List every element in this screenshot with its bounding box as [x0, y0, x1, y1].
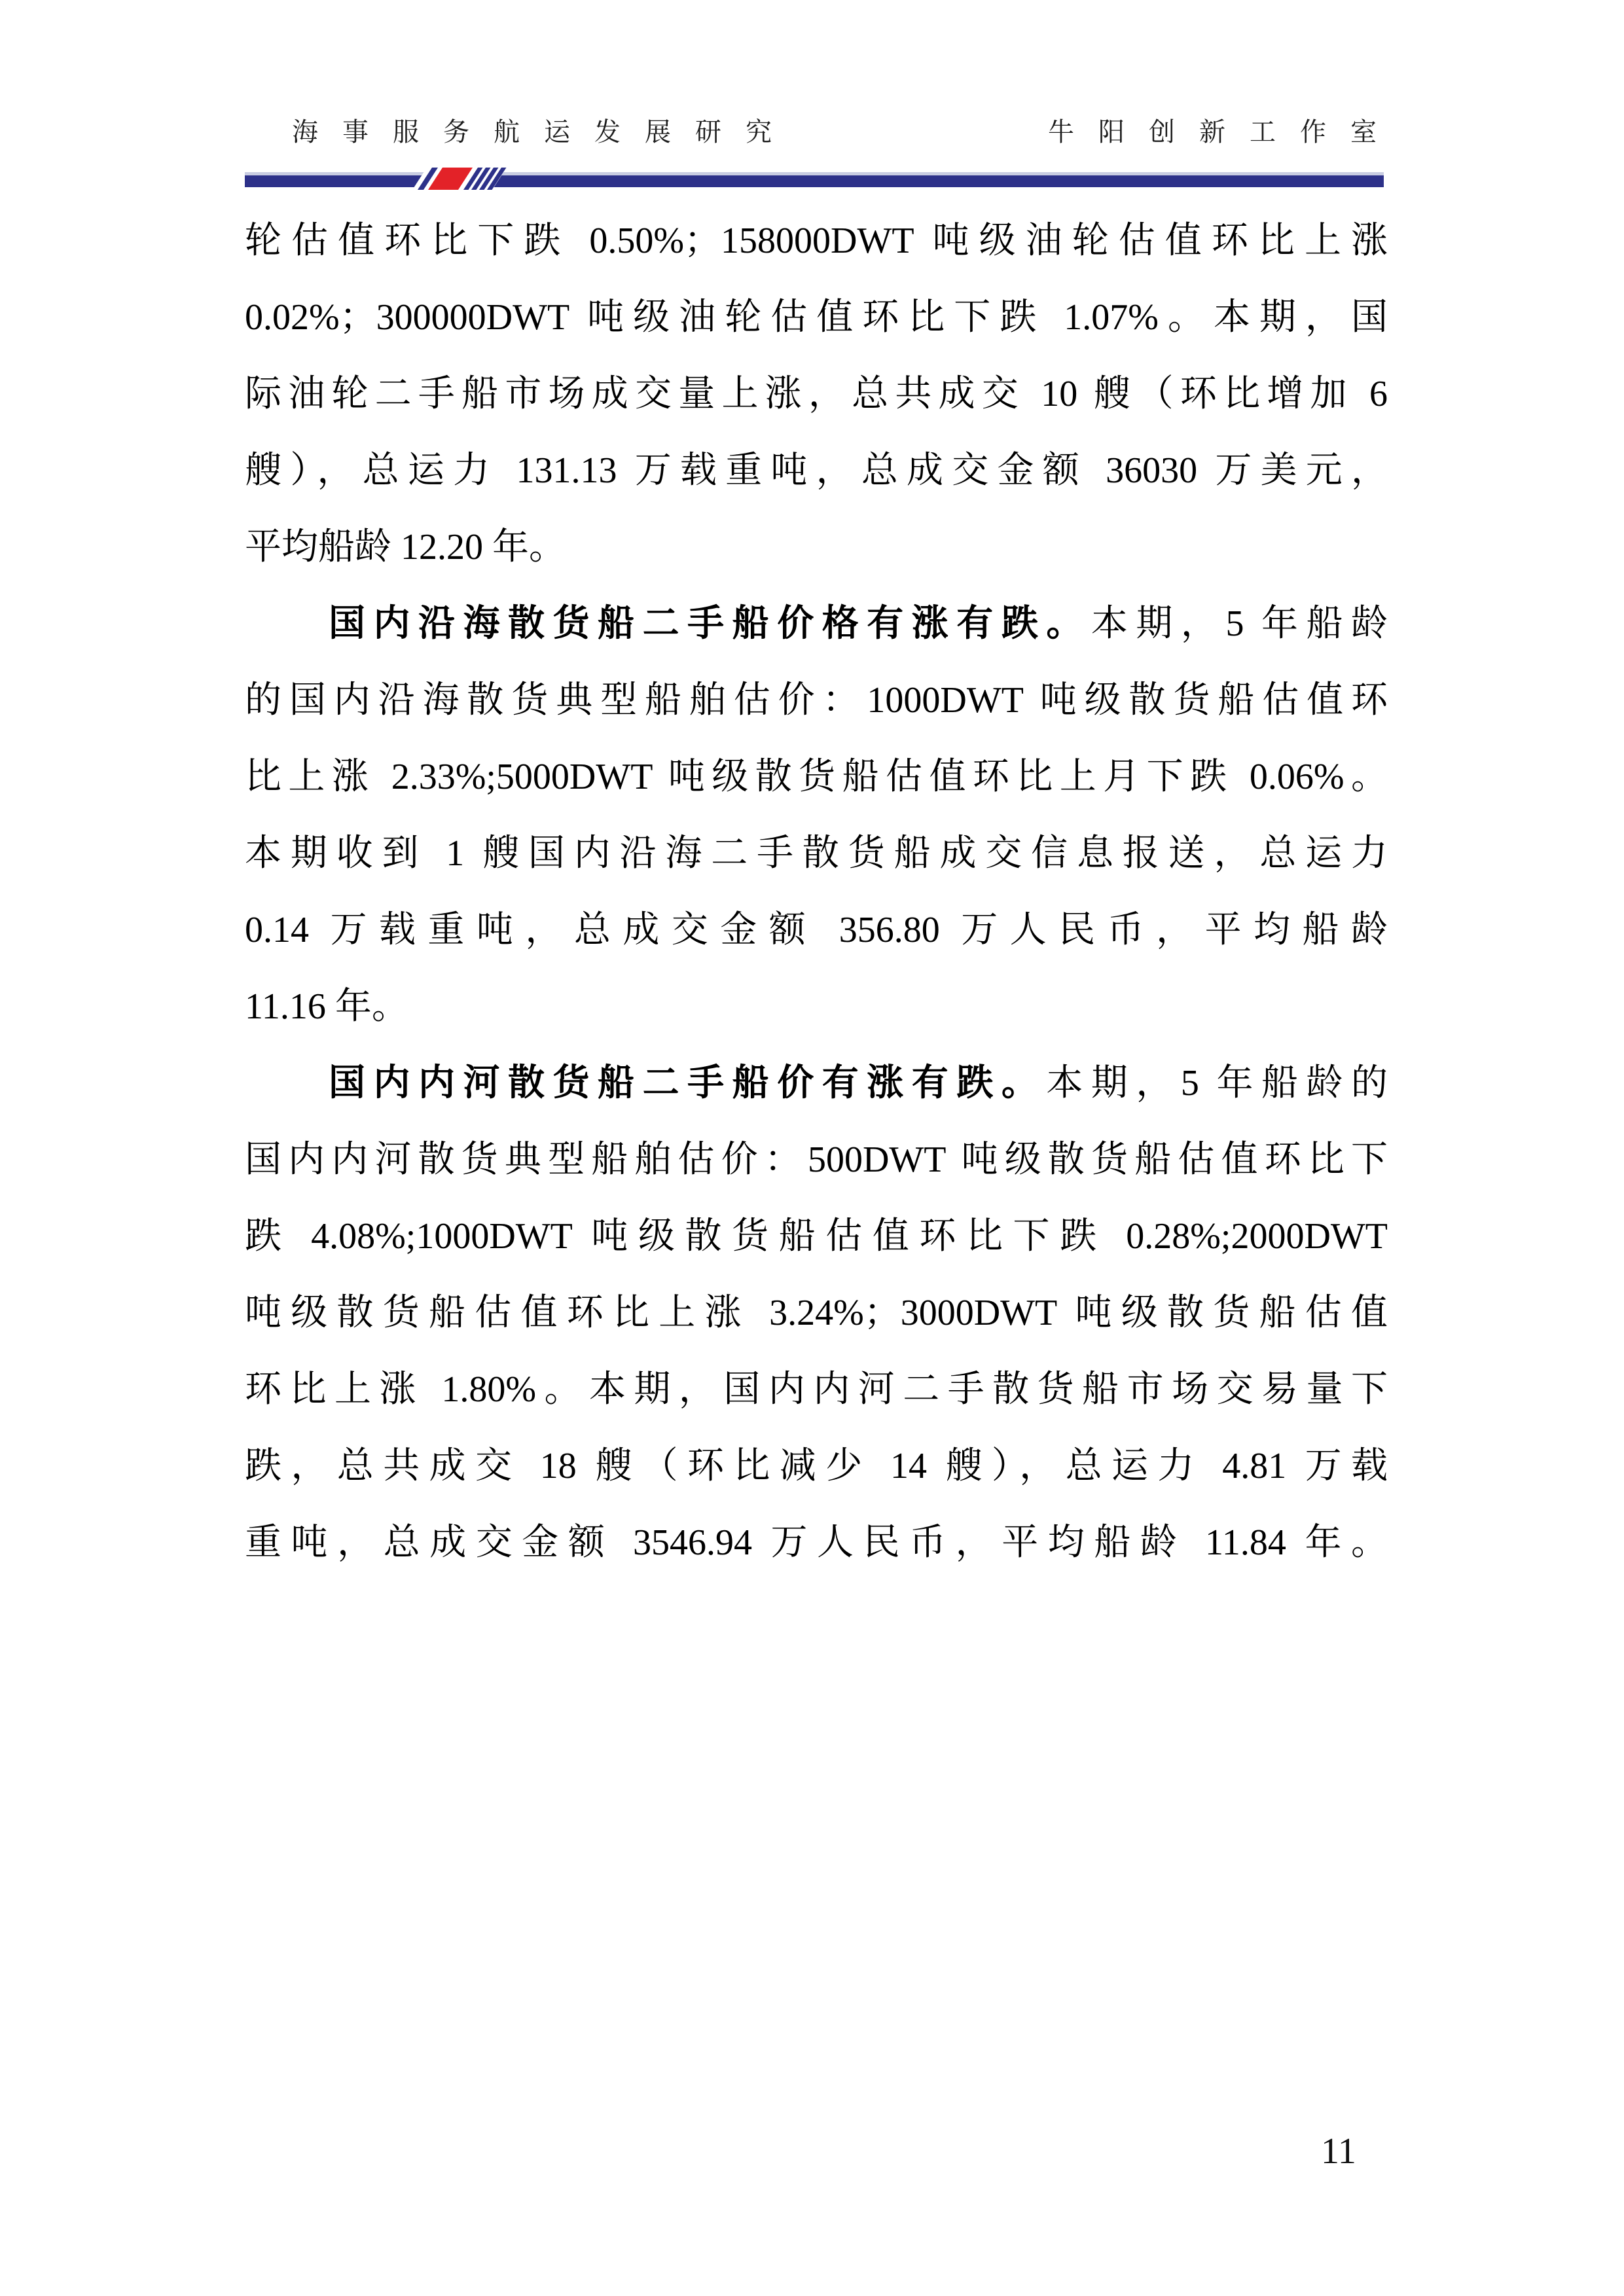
body-line-text: 11.16 年。 — [245, 986, 408, 1027]
body-line-bold: 国内沿海散货船二手船价格有涨有跌。 — [329, 603, 1091, 644]
body-line-text: 跌，总共成交 18 艘（环比减少 14 艘），总运力 4.81 万载 — [245, 1446, 1388, 1486]
body-line-text: 0.14 万载重吨，总成交金额 356.80 万人民币，平均船龄 — [245, 910, 1388, 950]
body-line-text: 国内内河散货典型船舶估价：500DWT 吨级散货船估值环比下 — [245, 1139, 1388, 1180]
body-line-text: 平均船龄 12.20 年。 — [245, 527, 566, 567]
body-line-text: 轮估值环比下跌 0.50%；158000DWT 吨级油轮估值环比上涨 — [245, 221, 1388, 261]
body-line: 环比上涨 1.80%。本期，国内内河二手散货船市场交易量下 — [245, 1352, 1388, 1428]
body-line-bold: 国内内河散货船二手船价有涨有跌。 — [329, 1063, 1046, 1103]
body-line-text: 环比上涨 1.80%。本期，国内内河二手散货船市场交易量下 — [245, 1369, 1388, 1410]
body-line-text: 本期，5 年船龄的 — [1046, 1063, 1388, 1103]
body-line: 重吨，总成交金额 3546.94 万人民币，平均船龄 11.84 年。 — [245, 1505, 1388, 1581]
header-accent-stripes-icon — [412, 168, 513, 190]
body-line-text: 吨级散货船估值环比上涨 3.24%；3000DWT 吨级散货船估值 — [245, 1293, 1388, 1333]
body-line-text: 际油轮二手船市场成交量上涨，总共成交 10 艘（环比增加 6 — [245, 374, 1388, 414]
body-line: 本期收到 1 艘国内沿海二手散货船成交信息报送，总运力 — [245, 816, 1388, 892]
body-text-block: 轮估值环比下跌 0.50%；158000DWT 吨级油轮估值环比上涨 0.02%… — [245, 203, 1388, 1581]
body-line-text: 的国内沿海散货典型船舶估价：1000DWT 吨级散货船估值环 — [245, 680, 1388, 721]
header-right-title: 牛阳创新工作室 — [1048, 111, 1401, 149]
body-line: 吨级散货船估值环比上涨 3.24%；3000DWT 吨级散货船估值 — [245, 1275, 1388, 1352]
body-line-text: 本期，5 年船龄 — [1091, 603, 1388, 644]
document-page: 海事服务航运发展研究 牛阳创新工作室 轮估值环比下跌 0.50%；158000D… — [0, 0, 1624, 2296]
body-line: 际油轮二手船市场成交量上涨，总共成交 10 艘（环比增加 6 — [245, 356, 1388, 433]
body-line: 艘），总运力 131.13 万载重吨，总成交金额 36030 万美元， — [245, 433, 1388, 509]
body-line: 跌 4.08%;1000DWT 吨级散货船估值环比下跌 0.28%;2000DW… — [245, 1198, 1388, 1275]
body-line: 轮估值环比下跌 0.50%；158000DWT 吨级油轮估值环比上涨 — [245, 203, 1388, 279]
header-left-title: 海事服务航运发展研究 — [292, 111, 796, 149]
body-line: 0.14 万载重吨，总成交金额 356.80 万人民币，平均船龄 — [245, 892, 1388, 969]
body-line: 比上涨 2.33%;5000DWT 吨级散货船估值环比上月下跌 0.06%。 — [245, 739, 1388, 816]
body-line-text: 0.02%；300000DWT 吨级油轮估值环比下跌 1.07%。本期，国 — [245, 297, 1388, 338]
page-number: 11 — [1321, 2128, 1356, 2174]
body-line: 的国内沿海散货典型船舶估价：1000DWT 吨级散货船估值环 — [245, 662, 1388, 739]
body-line-text: 重吨，总成交金额 3546.94 万人民币，平均船龄 11.84 年。 — [245, 1522, 1388, 1563]
body-line-text: 比上涨 2.33%;5000DWT 吨级散货船估值环比上月下跌 0.06%。 — [245, 757, 1388, 797]
body-line: 国内沿海散货船二手船价格有涨有跌。本期，5 年船龄 — [245, 586, 1388, 662]
body-line: 平均船龄 12.20 年。 — [245, 509, 1388, 586]
body-line: 11.16 年。 — [245, 969, 1388, 1045]
body-line: 0.02%；300000DWT 吨级油轮估值环比下跌 1.07%。本期，国 — [245, 279, 1388, 356]
body-line: 国内内河散货典型船舶估价：500DWT 吨级散货船估值环比下 — [245, 1122, 1388, 1198]
body-line-text: 本期收到 1 艘国内沿海二手散货船成交信息报送，总运力 — [245, 833, 1388, 874]
body-line: 跌，总共成交 18 艘（环比减少 14 艘），总运力 4.81 万载 — [245, 1428, 1388, 1505]
body-line-text: 艘），总运力 131.13 万载重吨，总成交金额 36030 万美元， — [245, 450, 1388, 491]
body-line-text: 跌 4.08%;1000DWT 吨级散货船估值环比下跌 0.28%;2000DW… — [245, 1216, 1388, 1257]
body-line: 国内内河散货船二手船价有涨有跌。本期，5 年船龄的 — [245, 1045, 1388, 1122]
